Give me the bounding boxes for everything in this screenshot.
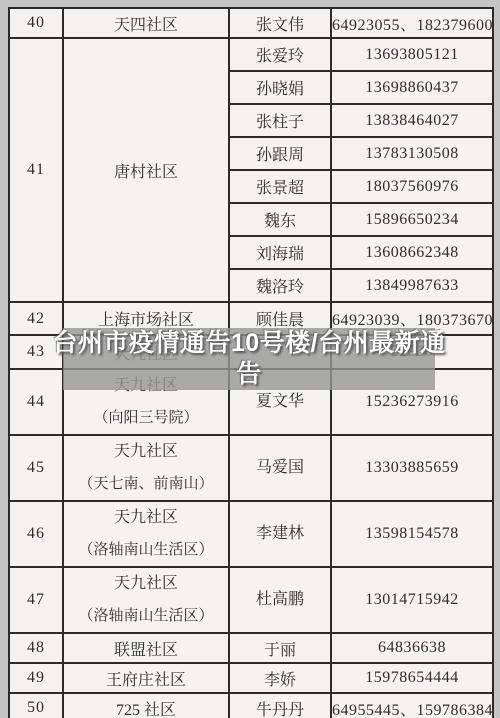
community-name: 天九社区 [64, 436, 228, 468]
contact-phone: 13598154578 [331, 501, 493, 567]
row-number: 47 [9, 567, 63, 633]
table-row: 49 王府庄社区 李娇 15978654444 [9, 663, 493, 693]
community-name: 天九社区 [64, 502, 228, 534]
community-cell: 王府庄社区 [63, 663, 229, 693]
contact-phone: 13838464027 [331, 104, 493, 137]
contact-phone: 13783130508 [331, 137, 493, 170]
row-number: 49 [9, 663, 63, 693]
table-row: 50 725 社区 牛丹丹 64955445、15978638464 [9, 693, 493, 718]
community-cell: 天九社区 （洛轴南山生活区） [63, 501, 229, 567]
table-row: 47 天九社区 （洛轴南山生活区） 杜高鹏 13014715942 [9, 567, 493, 633]
contact-name: 于丽 [229, 633, 331, 663]
community-subarea: （向阳三号院） [64, 402, 228, 434]
contact-phone: 15896650234 [331, 203, 493, 236]
community-cell: 天九社区 （天七南、前南山） [63, 435, 229, 501]
contact-name: 孙跟周 [229, 137, 331, 170]
community-name: 天九社区 [64, 568, 228, 600]
row-number: 46 [9, 501, 63, 567]
contact-name: 牛丹丹 [229, 693, 331, 718]
contact-phone: 64955445、15978638464 [331, 693, 493, 718]
table-row: 45 天九社区 （天七南、前南山） 马爱国 13303885659 [9, 435, 493, 501]
headline-text-line2: 告 [236, 359, 262, 390]
table-row: 48 联盟社区 于丽 64836638 [9, 633, 493, 663]
community-subarea: （天七南、前南山） [64, 468, 228, 500]
contact-phone: 13849987633 [331, 269, 493, 302]
community-subarea: （洛轴南山生活区） [64, 534, 228, 566]
contact-phone: 13693805121 [331, 38, 493, 71]
contact-name: 李建林 [229, 501, 331, 567]
community-cell: 天九社区 （洛轴南山生活区） [63, 567, 229, 633]
contact-phone: 64923055、18237960007 [331, 8, 493, 38]
contact-name: 魏洛玲 [229, 269, 331, 302]
contact-phone: 13608662348 [331, 236, 493, 269]
contact-name: 马爱国 [229, 435, 331, 501]
row-number: 45 [9, 435, 63, 501]
row-number: 44 [9, 369, 63, 435]
community-cell: 725 社区 [63, 693, 229, 718]
headline-overlay-banner: 台州市疫情通告10号楼/台州最新通 告 [63, 328, 435, 390]
contact-name: 张文伟 [229, 8, 331, 38]
table-row: 40 天四社区 张文伟 64923055、18237960007 [9, 8, 493, 38]
community-cell: 联盟社区 [63, 633, 229, 663]
headline-text-line1: 台州市疫情通告10号楼/台州最新通 [52, 328, 445, 359]
contact-name: 魏东 [229, 203, 331, 236]
contact-phone: 64836638 [331, 633, 493, 663]
table-row: 46 天九社区 （洛轴南山生活区） 李建林 13598154578 [9, 501, 493, 567]
community-cell: 唐村社区 [63, 38, 229, 302]
contact-name: 张柱子 [229, 104, 331, 137]
contact-name: 刘海瑞 [229, 236, 331, 269]
contact-name: 孙晓娟 [229, 71, 331, 104]
row-number: 41 [9, 38, 63, 302]
contact-phone: 13698860437 [331, 71, 493, 104]
community-cell: 天四社区 [63, 8, 229, 38]
contact-phone: 13014715942 [331, 567, 493, 633]
community-subarea: （洛轴南山生活区） [64, 600, 228, 632]
contact-name: 张爱玲 [229, 38, 331, 71]
contact-phone: 18037560976 [331, 170, 493, 203]
row-number: 48 [9, 633, 63, 663]
contact-name: 李娇 [229, 663, 331, 693]
table-row: 41 唐村社区 张爱玲 13693805121 [9, 38, 493, 71]
row-number: 40 [9, 8, 63, 38]
row-number: 50 [9, 693, 63, 718]
contact-phone: 15978654444 [331, 663, 493, 693]
contact-phone: 13303885659 [331, 435, 493, 501]
contact-name: 杜高鹏 [229, 567, 331, 633]
contact-name: 张景超 [229, 170, 331, 203]
